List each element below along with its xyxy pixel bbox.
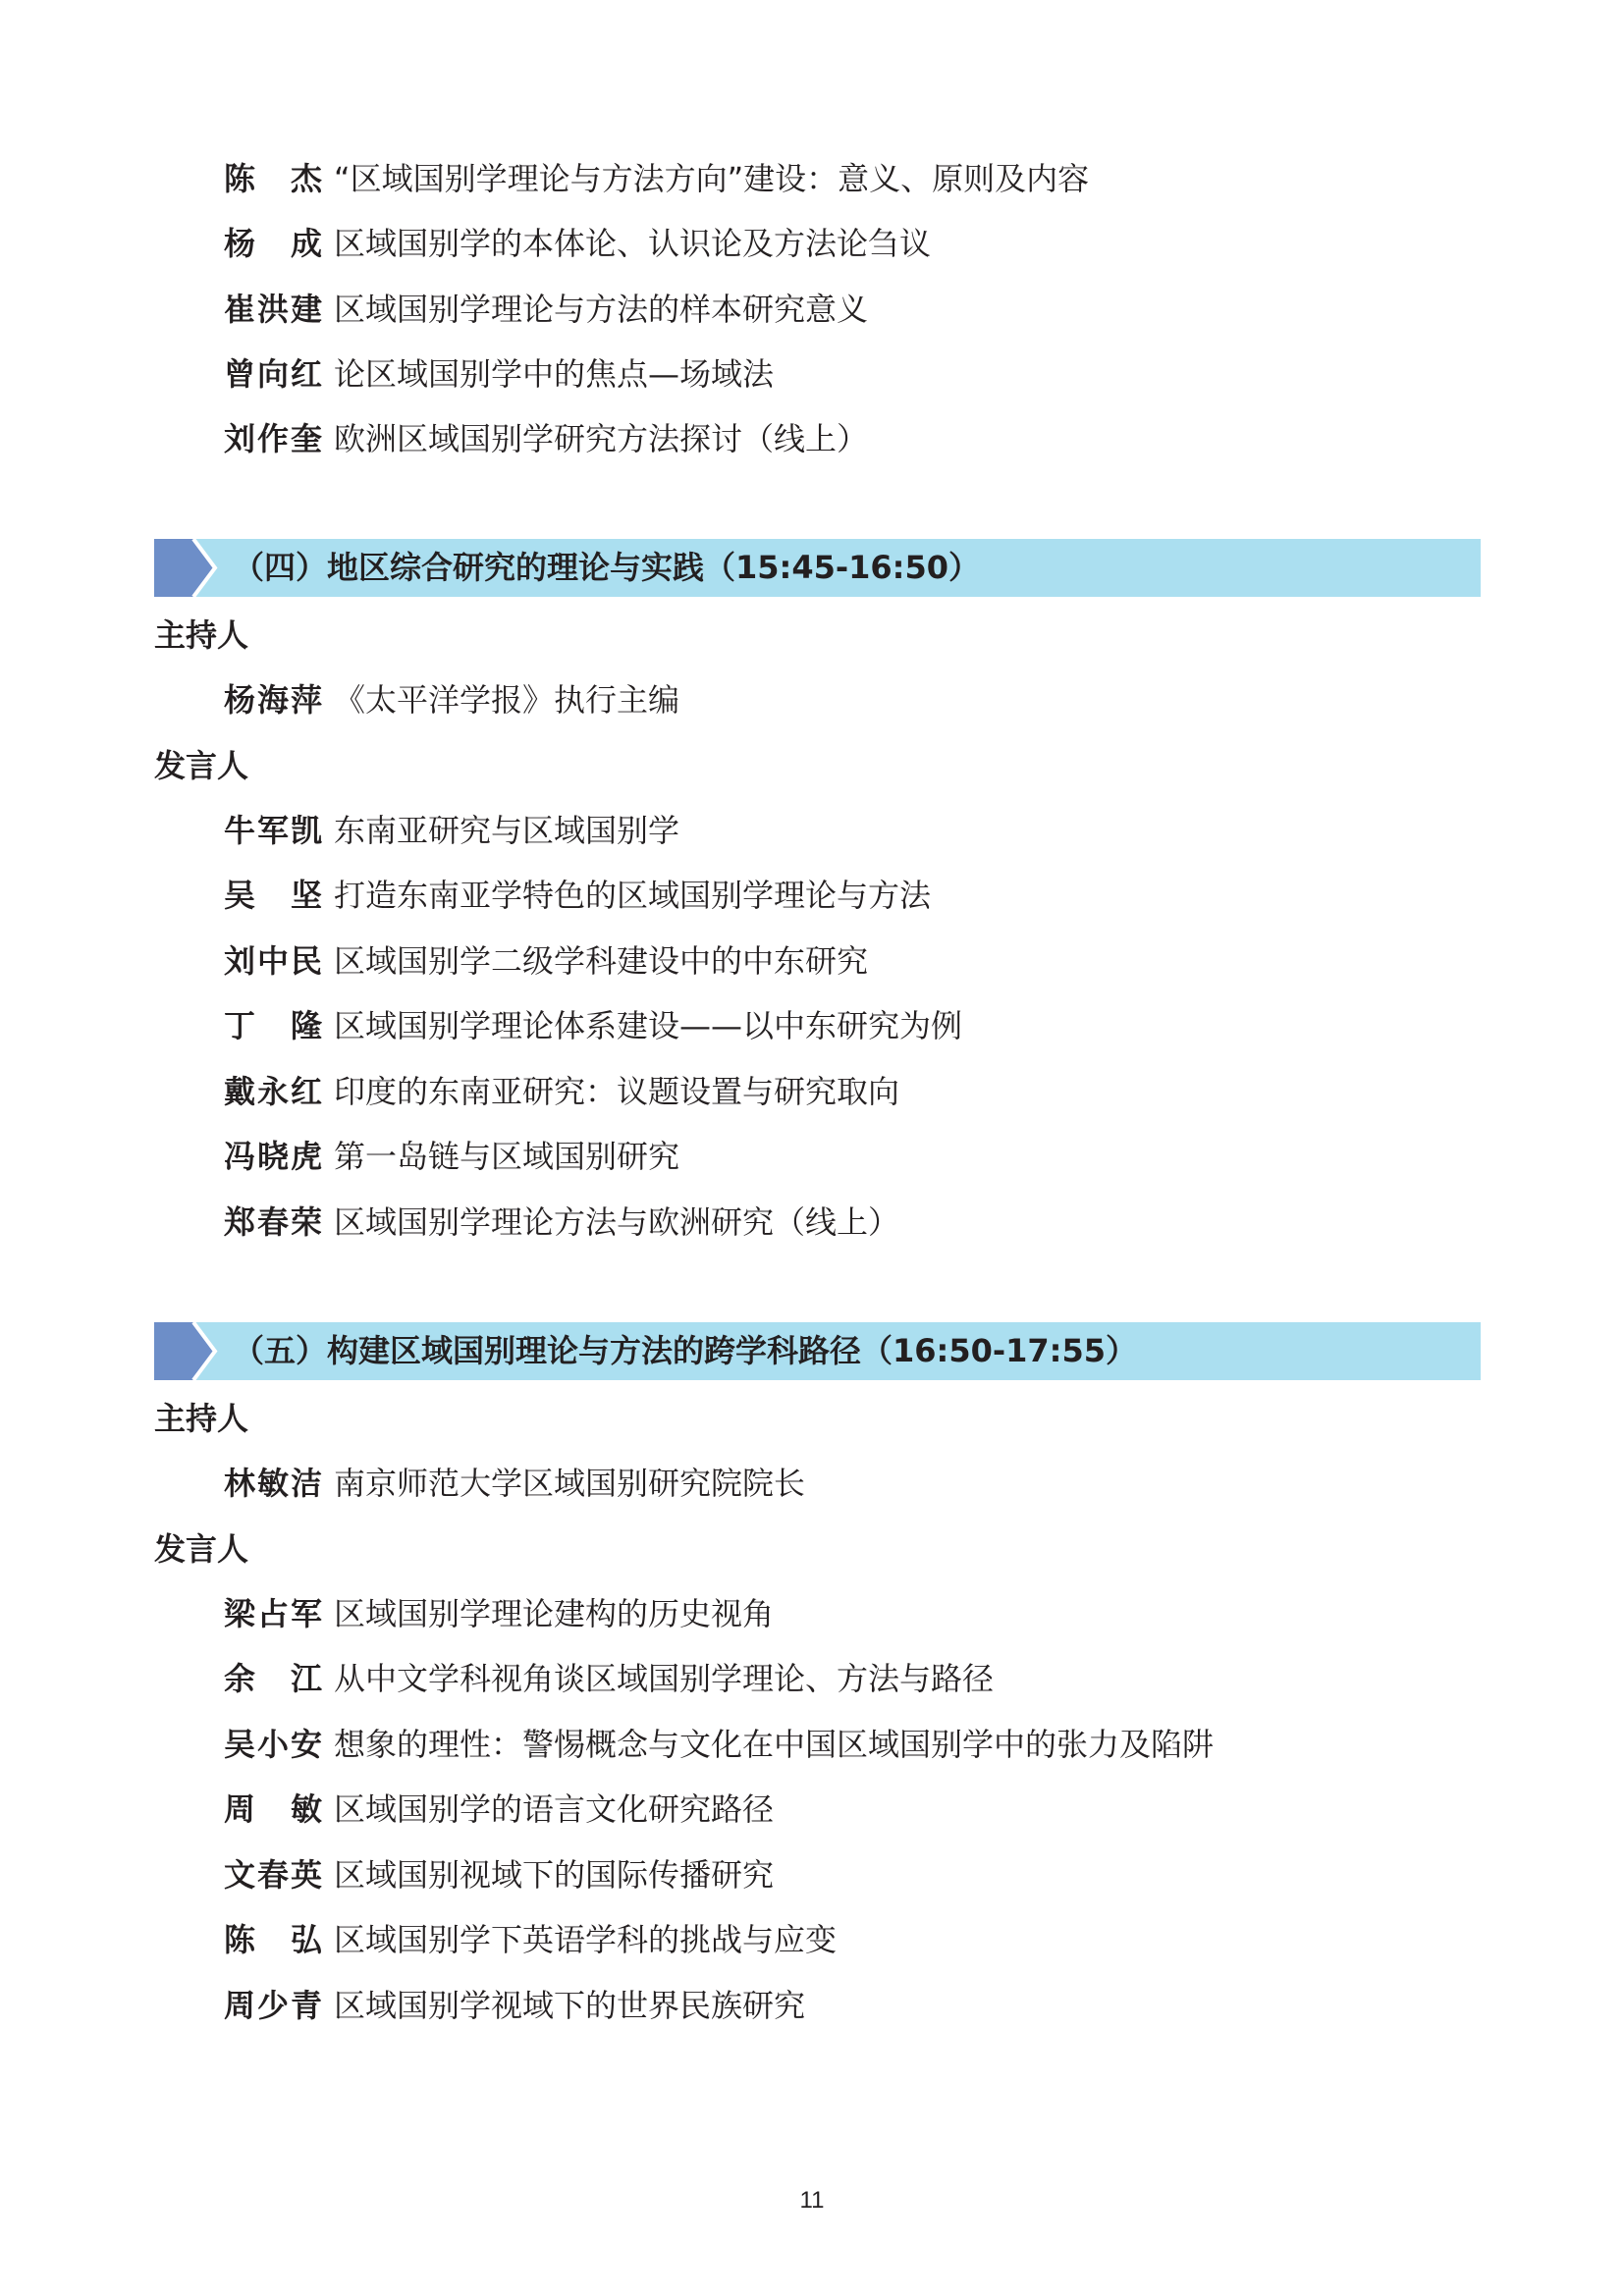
speaker-row: 吴 坚 打造东南亚学特色的区域国别学理论与方法: [224, 871, 931, 920]
speaker-row: 梁占军 区域国别学理论建构的历史视角: [224, 1589, 774, 1638]
speaker-name: 刘作奎: [224, 414, 322, 463]
speaker-name: 陈 弘: [224, 1915, 322, 1964]
talk-title: 东南亚研究与区域国别学: [334, 806, 679, 855]
speaker-name: 周 敏: [224, 1785, 322, 1834]
speakers-label: 发言人: [154, 741, 248, 790]
section-title: （五）构建区域国别理论与方法的跨学科路径（16:50-17:55）: [233, 1322, 1137, 1380]
talk-title: 区域国别学理论方法与欧洲研究（线上）: [334, 1198, 899, 1247]
host-row: 林敏洁 南京师范大学区域国别研究院院长: [224, 1459, 805, 1508]
host-label: 主持人: [154, 611, 248, 660]
speaker-name: 吴小安: [224, 1720, 322, 1769]
chevron-right-icon: [154, 1322, 221, 1380]
speaker-name: 陈 杰: [224, 154, 322, 203]
speaker-name: 丁 隆: [224, 1001, 322, 1050]
speaker-row: 刘作奎 欧洲区域国别学研究方法探讨（线上）: [224, 414, 868, 463]
talk-title: 区域国别学的语言文化研究路径: [334, 1785, 774, 1834]
speaker-name: 冯晓虎: [224, 1132, 322, 1181]
talk-title: 区域国别学二级学科建设中的中东研究: [334, 936, 868, 986]
talk-title: 从中文学科视角谈区域国别学理论、方法与路径: [334, 1654, 994, 1703]
speaker-row: 陈 弘 区域国别学下英语学科的挑战与应变: [224, 1915, 837, 1964]
speaker-name: 吴 坚: [224, 871, 322, 920]
speaker-name: 梁占军: [224, 1589, 322, 1638]
host-name: 杨海萍: [224, 675, 322, 724]
speaker-name: 杨 成: [224, 219, 322, 268]
talk-title: 印度的东南亚研究：议题设置与研究取向: [334, 1067, 899, 1116]
speaker-name: 郑春荣: [224, 1198, 322, 1247]
speaker-row: 戴永红 印度的东南亚研究：议题设置与研究取向: [224, 1067, 899, 1116]
host-row: 杨海萍 《太平洋学报》执行主编: [224, 675, 679, 724]
page-number: 11: [0, 2187, 1624, 2215]
speaker-row: 崔洪建 区域国别学理论与方法的样本研究意义: [224, 285, 868, 334]
speaker-name: 文春英: [224, 1850, 322, 1899]
program-page: 陈 杰 “区域国别学理论与方法方向”建设：意义、原则及内容 杨 成 区域国别学的…: [0, 0, 1624, 2296]
speaker-row: 郑春荣 区域国别学理论方法与欧洲研究（线上）: [224, 1198, 899, 1247]
speaker-row: 丁 隆 区域国别学理论体系建设——以中东研究为例: [224, 1001, 962, 1050]
speaker-name: 戴永红: [224, 1067, 322, 1116]
talk-title: 区域国别视域下的国际传播研究: [334, 1850, 774, 1899]
talk-title: “区域国别学理论与方法方向”建设：意义、原则及内容: [334, 154, 1089, 203]
speaker-row: 陈 杰 “区域国别学理论与方法方向”建设：意义、原则及内容: [224, 154, 1089, 203]
speaker-row: 冯晓虎 第一岛链与区域国别研究: [224, 1132, 679, 1181]
talk-title: 第一岛链与区域国别研究: [334, 1132, 679, 1181]
section-banner: （四）地区综合研究的理论与实践（15:45-16:50）: [154, 539, 1481, 597]
talk-title: 欧洲区域国别学研究方法探讨（线上）: [334, 414, 868, 463]
talk-title: 打造东南亚学特色的区域国别学理论与方法: [334, 871, 931, 920]
talk-title: 想象的理性：警惕概念与文化在中国区域国别学中的张力及陷阱: [334, 1720, 1214, 1769]
speaker-row: 刘中民 区域国别学二级学科建设中的中东研究: [224, 936, 868, 986]
chevron-right-icon: [154, 539, 221, 597]
speaker-row: 吴小安 想象的理性：警惕概念与文化在中国区域国别学中的张力及陷阱: [224, 1720, 1214, 1769]
talk-title: 区域国别学视域下的世界民族研究: [334, 1981, 805, 2030]
speaker-name: 崔洪建: [224, 285, 322, 334]
talk-title: 区域国别学的本体论、认识论及方法论刍议: [334, 219, 931, 268]
host-title: 南京师范大学区域国别研究院院长: [334, 1459, 805, 1508]
section-banner: （五）构建区域国别理论与方法的跨学科路径（16:50-17:55）: [154, 1322, 1481, 1380]
talk-title: 区域国别学理论与方法的样本研究意义: [334, 285, 868, 334]
speaker-name: 周少青: [224, 1981, 322, 2030]
speaker-row: 余 江 从中文学科视角谈区域国别学理论、方法与路径: [224, 1654, 994, 1703]
talk-title: 论区域国别学中的焦点—场域法: [334, 349, 774, 399]
host-label: 主持人: [154, 1394, 248, 1443]
speaker-name: 曾向红: [224, 349, 322, 399]
talk-title: 区域国别学理论建构的历史视角: [334, 1589, 774, 1638]
speaker-row: 牛军凯 东南亚研究与区域国别学: [224, 806, 679, 855]
host-name: 林敏洁: [224, 1459, 322, 1508]
speaker-name: 牛军凯: [224, 806, 322, 855]
speaker-row: 周 敏 区域国别学的语言文化研究路径: [224, 1785, 774, 1834]
speaker-name: 刘中民: [224, 936, 322, 986]
speaker-row: 周少青 区域国别学视域下的世界民族研究: [224, 1981, 805, 2030]
speaker-name: 余 江: [224, 1654, 322, 1703]
speakers-label: 发言人: [154, 1524, 248, 1574]
section-title: （四）地区综合研究的理论与实践（15:45-16:50）: [233, 539, 980, 597]
talk-title: 区域国别学理论体系建设——以中东研究为例: [334, 1001, 962, 1050]
speaker-row: 曾向红 论区域国别学中的焦点—场域法: [224, 349, 774, 399]
talk-title: 区域国别学下英语学科的挑战与应变: [334, 1915, 837, 1964]
speaker-row: 文春英 区域国别视域下的国际传播研究: [224, 1850, 774, 1899]
speaker-row: 杨 成 区域国别学的本体论、认识论及方法论刍议: [224, 219, 931, 268]
host-title: 《太平洋学报》执行主编: [334, 675, 679, 724]
